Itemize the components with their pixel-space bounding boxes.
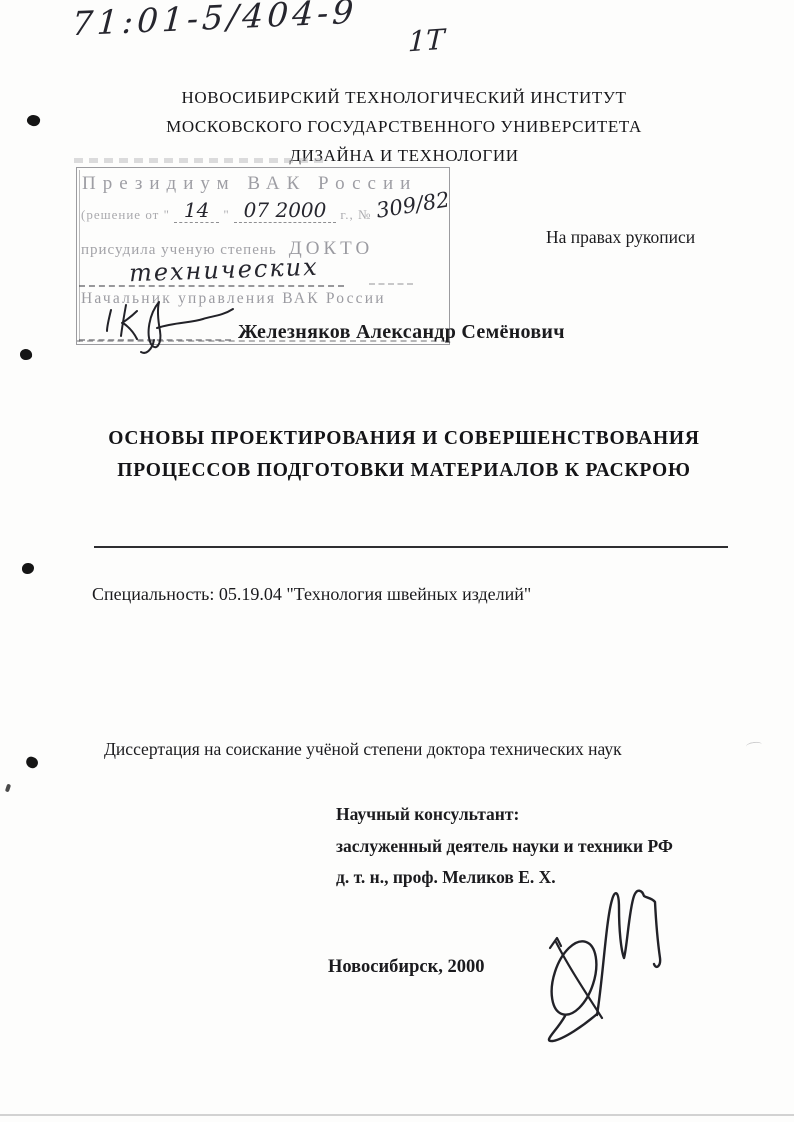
dissertation-title-line-2: ПРОЦЕССОВ ПОДГОТОВКИ МАТЕРИАЛОВ К РАСКРО… [14, 460, 794, 482]
dissertation-note: Диссертация на соискание учёной степени … [104, 739, 622, 760]
document-page: 71:01-5/404-9 1Т НОВОСИБИРСКИЙ ТЕХНОЛОГИ… [0, 0, 794, 1122]
consultant-honors: заслуженный деятель науки и техники РФ [336, 836, 673, 857]
stamp-decision-suffix: г., № [340, 207, 371, 223]
horizontal-rule [94, 546, 728, 548]
scan-speck [5, 784, 11, 793]
author-name: Железняков Александр Семёнович [238, 321, 565, 344]
binding-dot [19, 348, 33, 361]
institution-line-1: НОВОСИБИРСКИЙ ТЕХНОЛОГИЧЕСКИЙ ИНСТИТУТ [14, 88, 794, 108]
stamp-decision-line: (решение от " 14 " 07 2000 г., № 309/82 [81, 200, 451, 225]
consultant-label: Научный консультант: [336, 804, 519, 825]
binding-dot [22, 563, 34, 574]
stamp-day-handwritten: 14 [174, 198, 219, 223]
stamp-month-year-handwritten: 07 2000 [234, 198, 337, 223]
vak-official-signature [95, 296, 240, 358]
stamp-fill-line [79, 285, 344, 287]
institution-line-2: МОСКОВСКОГО ГОСУДАРСТВЕННОГО УНИВЕРСИТЕТ… [14, 117, 794, 137]
stamp-degree-field-handwritten: технических [129, 253, 320, 288]
binding-dot [24, 755, 39, 769]
consultant-name: д. т. н., проф. Меликов Е. Х. [336, 867, 556, 888]
stamp-fill-line-fragment [369, 283, 413, 285]
specialty-line: Специальность: 05.19.04 "Технология швей… [92, 584, 531, 605]
city-year: Новосибирск, 2000 [328, 957, 484, 978]
manuscript-rights-note: На правах рукописи [546, 227, 695, 248]
stamp-decision-quote: " [223, 207, 229, 223]
institution-line-3: ДИЗАЙНА И ТЕХНОЛОГИИ [14, 146, 794, 166]
page-bottom-edge [0, 1114, 794, 1116]
stamp-header: Президиум ВАК России [82, 173, 417, 195]
stamp-decision-prefix: (решение от " [81, 207, 170, 223]
scan-speck [746, 741, 763, 750]
scan-smudge [74, 158, 326, 163]
consultant-signature [528, 878, 668, 1058]
catalog-mark-handwritten: 1Т [407, 23, 445, 59]
catalog-number-handwritten: 71:01-5/404-9 [71, 0, 359, 43]
dissertation-title-line-1: ОСНОВЫ ПРОЕКТИРОВАНИЯ И СОВЕРШЕНСТВОВАНИ… [14, 428, 794, 450]
